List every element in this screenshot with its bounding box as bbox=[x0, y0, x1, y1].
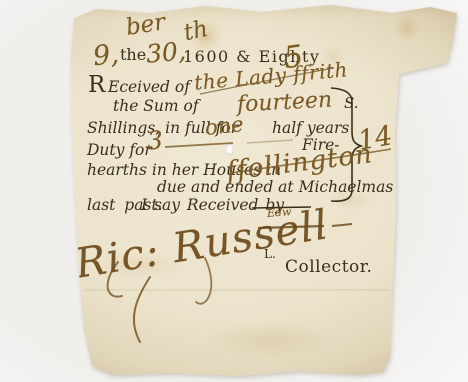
printed-received-of: Eceived of bbox=[108, 80, 190, 96]
paper-hole bbox=[225, 144, 234, 155]
printed-sum-label: the Sum of bbox=[113, 99, 199, 115]
fold-crease bbox=[84, 289, 390, 292]
printed-the: the bbox=[120, 47, 146, 63]
printed-collector: Collector. bbox=[285, 259, 372, 276]
receipt-paper: the 1600 & Eighty R Eceived of the Sum o… bbox=[0, 0, 468, 382]
printed-due-line: due and ended at Michaelmas bbox=[157, 180, 393, 196]
printed-half-years: half years bbox=[272, 121, 349, 137]
printed-shillings-abbr: S. bbox=[344, 96, 359, 111]
script-half-year-count: one bbox=[204, 114, 245, 139]
script-month-suffix: ber bbox=[124, 11, 166, 40]
script-day-number: 30, bbox=[145, 38, 187, 66]
script-sum-amount: fourteen bbox=[236, 90, 332, 117]
photo-background: the 1600 & Eighty R Eceived of the Sum o… bbox=[0, 0, 468, 382]
script-duty-number: 3 bbox=[146, 127, 164, 153]
printed-received-initial: R bbox=[88, 74, 105, 97]
paper-shadow: the 1600 & Eighty R Eceived of the Sum o… bbox=[0, 0, 468, 382]
script-day: 9, bbox=[92, 41, 120, 71]
script-flourish: th bbox=[182, 18, 210, 46]
printed-duty-for: Duty for bbox=[87, 143, 152, 159]
